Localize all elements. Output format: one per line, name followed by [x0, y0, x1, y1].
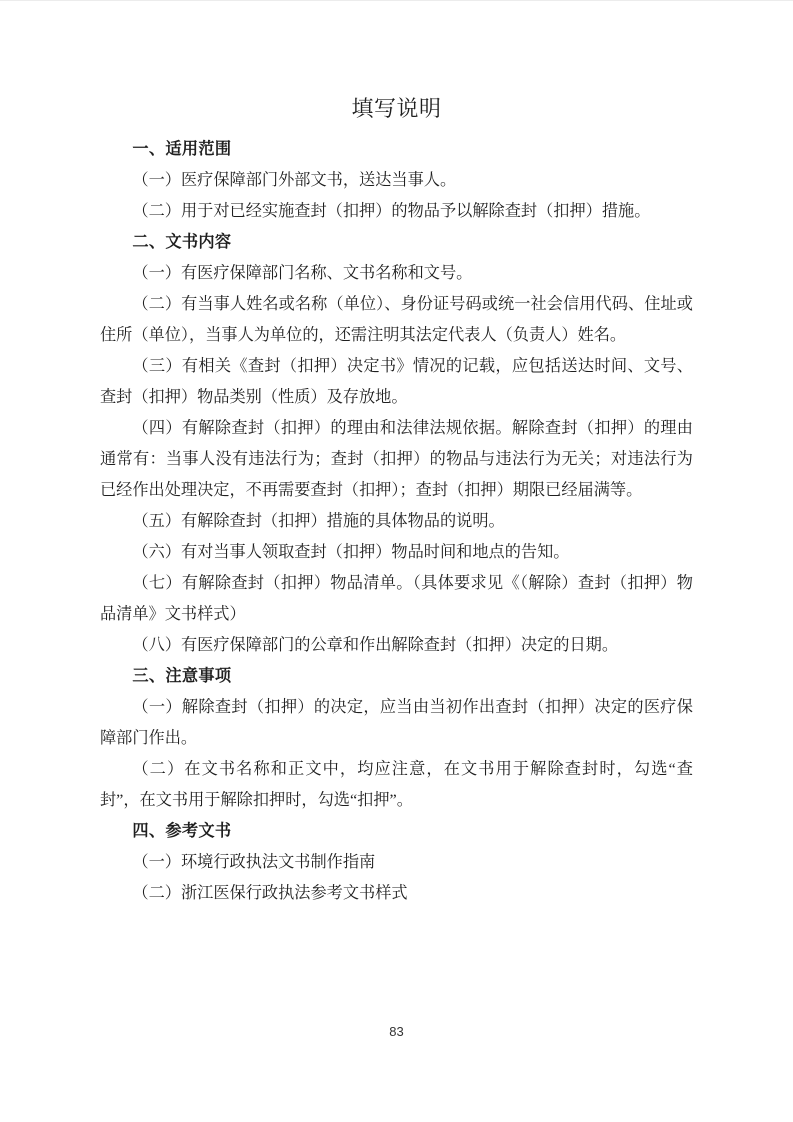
paragraph: （一）医疗保障部门外部文书，送达当事人。 [100, 165, 693, 196]
paragraph: （三）有相关《查封（扣押）决定书》情况的记载，应包括送达时间、文号、查封（扣押）… [100, 351, 693, 413]
paragraph: （二）有当事人姓名或名称（单位）、身份证号码或统一社会信用代码、住址或住所（单位… [100, 289, 693, 351]
paragraph: （二）在文书名称和正文中，均应注意，在文书用于解除查封时，勾选“查封”，在文书用… [100, 754, 693, 816]
paragraph: （四）有解除查封（扣押）的理由和法律法规依据。解除查封（扣押）的理由通常有：当事… [100, 413, 693, 506]
section-heading-scope: 一、适用范围 [100, 134, 693, 165]
paragraph: （五）有解除查封（扣押）措施的具体物品的说明。 [100, 506, 693, 537]
paragraph: （七）有解除查封（扣押）物品清单。（具体要求见《（解除）查封（扣押）物品清单》文… [100, 568, 693, 630]
paragraph: （一）有医疗保障部门名称、文书名称和文号。 [100, 258, 693, 289]
section-heading-document-content: 二、文书内容 [100, 227, 693, 258]
paragraph: （一）解除查封（扣押）的决定，应当由当初作出查封（扣押）决定的医疗保障部门作出。 [100, 692, 693, 754]
section-heading-notes: 三、注意事项 [100, 661, 693, 692]
section-references: 四、参考文书 （一）环境行政执法文书制作指南 （二）浙江医保行政执法参考文书样式 [100, 816, 693, 909]
section-heading-references: 四、参考文书 [100, 816, 693, 847]
paragraph: （一）环境行政执法文书制作指南 [100, 847, 693, 878]
page-title: 填写说明 [0, 1, 793, 124]
paragraph: （六）有对当事人领取查封（扣押）物品时间和地点的告知。 [100, 537, 693, 568]
section-document-content: 二、文书内容 （一）有医疗保障部门名称、文书名称和文号。 （二）有当事人姓名或名… [100, 227, 693, 661]
page-number: 83 [0, 1017, 793, 1047]
document-body: 一、适用范围 （一）医疗保障部门外部文书，送达当事人。 （二）用于对已经实施查封… [100, 134, 693, 909]
document-page: 填写说明 一、适用范围 （一）医疗保障部门外部文书，送达当事人。 （二）用于对已… [0, 0, 793, 1122]
section-notes: 三、注意事项 （一）解除查封（扣押）的决定，应当由当初作出查封（扣押）决定的医疗… [100, 661, 693, 816]
paragraph: （八）有医疗保障部门的公章和作出解除查封（扣押）决定的日期。 [100, 630, 693, 661]
paragraph: （二）浙江医保行政执法参考文书样式 [100, 878, 693, 909]
paragraph: （二）用于对已经实施查封（扣押）的物品予以解除查封（扣押）措施。 [100, 196, 693, 227]
section-scope: 一、适用范围 （一）医疗保障部门外部文书，送达当事人。 （二）用于对已经实施查封… [100, 134, 693, 227]
